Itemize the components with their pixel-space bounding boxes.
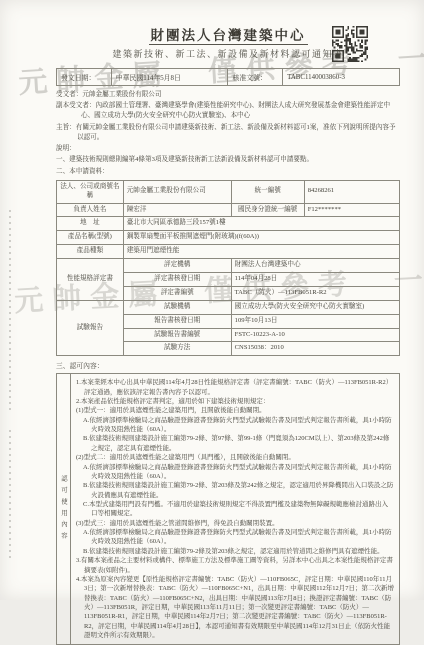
approval-item: A.依經濟部標準檢驗局之商品驗證登錄證書登錄防火門型式試驗報告書及同型式判定報告… xyxy=(76,528,394,547)
recipient-line: 受文者：元帥金屬工業股份有限公司 xyxy=(56,90,400,100)
uniform-no-label: 統一編號 xyxy=(231,180,304,203)
approval-item: B.依建築技術規則建築設計施工編第79-2條、第97條、第99-1條（門寬須為1… xyxy=(76,434,394,453)
approval-item: C.本型式建築用門設有門檻。不適用於建築技術規則規定不得設置門檻及建築物無障礙規… xyxy=(76,500,394,519)
page-title: 財團法人台灣建築中心 xyxy=(56,24,400,44)
application-table: 法人、公司或商號名稱 元帥金屬工業股份有限公司 統一編號 84268261 負責… xyxy=(56,180,400,357)
issue-date-value: 中華民國114年5月8日 xyxy=(111,69,228,86)
test-report-no-label: 試驗報告書編號 xyxy=(123,328,231,342)
test-org-label: 試驗機構 xyxy=(123,300,231,314)
table-row: 地 址 臺北市大同區承德路三段157號1樓 xyxy=(57,217,400,231)
product-name-value: 鋼製單扇雙面平板推開遮煙門(附玻璃)(f(60A)) xyxy=(123,231,399,245)
approval-item: (1)型式一：適用於具遮煙性能之建築用門，且開啟後能自動關閉。 xyxy=(76,406,394,415)
org-name: 財團法人台灣建築中心 xyxy=(149,28,308,45)
subject-line: 主旨：有關元帥金屬工業股份有限公司申請建築新技術、新工法、新設備及新材料認可1案… xyxy=(56,123,400,143)
table-row: 產品名稱(型號) 鋼製單扇雙面平板推開遮煙門(附玻璃)(f(60A)) xyxy=(57,231,400,245)
approval-item: B.依建築技術規則建築設計施工編第79-2條、第203條及第242條之規定，認定… xyxy=(76,481,394,500)
test-method-value: CNS15038：2010 xyxy=(231,342,399,356)
document-subtitle: 建築新技術、新工法、新設備及新材料認可通知書 xyxy=(56,47,400,60)
scan-artifact xyxy=(9,210,11,410)
document-page: 元帥金屬 僅供參考 一 元帥金屬 僅供參考 一 財團法人台灣建築中心 建築新技術… xyxy=(0,0,424,600)
approval-item: 3.有關本案產品之主要材料或構件、標準施工方法及標準施工圖等資料，另詳本中心出具… xyxy=(76,556,394,575)
approval-item: A.依經濟部標準檢驗局之商品驗證登錄證書登錄防火門型式試驗報告書及同型式判定報告… xyxy=(76,463,394,482)
cert-org-label: 評定機構 xyxy=(123,259,231,273)
approval-item: A.依經濟部標準檢驗局之商品驗證登錄證書登錄防火門型式試驗報告書及同型式判定報告… xyxy=(76,416,394,435)
company-value: 元帥金屬工業股份有限公司 xyxy=(123,180,231,203)
cert-no-label: 評定書編號 xyxy=(123,286,231,300)
approval-item: 1.本案業經本中心出具中華民國114年4月28日性能規格評定書（評定書編號：TA… xyxy=(76,378,394,397)
cert-date-value: 114年04月28日 xyxy=(231,272,399,286)
cert-group-label: 性能規格評定書 xyxy=(57,259,124,301)
explain-item-2: 二、本申請資料： xyxy=(56,167,400,177)
approval-content: 1.本案業經本中心出具中華民國114年4月28日性能規格評定書（評定書編號：TA… xyxy=(71,374,399,600)
id-no-value: F12******* xyxy=(304,203,399,217)
cert-org-value: 財團法人台灣建築中心 xyxy=(231,259,399,273)
table-row: 負責人姓名 陳宏洋 國民身分證統一編號 F12******* xyxy=(57,203,400,217)
table-row: 發文日期： 中華民國114年5月8日 核准文號： TABC1140003860-… xyxy=(57,69,400,86)
table-row: 性能規格評定書 評定機構 財團法人台灣建築中心 xyxy=(57,259,400,273)
approval-item: B.依建築技術規則建築設計施工編第79-2條及第203條之規定，認定適用於管道間… xyxy=(76,547,394,556)
test-date-value: 109年10月13日 xyxy=(231,314,399,328)
test-group-label: 試驗報告 xyxy=(57,300,124,356)
uniform-no-value: 84268261 xyxy=(304,180,399,203)
table-row: 產品種類 建築用門遮煙性能 xyxy=(57,245,400,259)
product-type-label: 產品種類 xyxy=(57,245,124,259)
cc-line: 副本受文者：內政部國土管理署、臺灣建築學會(建築性能研究中心)、財團法人成大研究… xyxy=(56,101,400,121)
cert-no-value: TABC（防火）—113FB051R-R2 xyxy=(231,286,399,300)
approval-box: 認可使用內容 1.本案業經本中心出具中華民國114年4月28日性能規格評定書（評… xyxy=(56,373,400,600)
company-label: 法人、公司或商號名稱 xyxy=(57,180,124,203)
section3-title: 三、認可內容： xyxy=(56,360,400,370)
scan-artifact xyxy=(9,430,11,560)
issue-date-label: 發文日期： xyxy=(57,69,112,86)
owner-value: 陳宏洋 xyxy=(123,203,231,217)
id-no-label: 國民身分證統一編號 xyxy=(231,203,304,217)
test-org-value: 國立成功大學(防火安全研究中心防火實驗室) xyxy=(231,300,399,314)
side-label-cell: 認可使用內容 xyxy=(57,374,71,600)
approval-item: (2)型式二：適用於具遮煙性能之建築用門（具門檻），且開啟後能自動關閉。 xyxy=(76,453,394,462)
explain-item-1: 一、建築技術規則總則編第4條第3項及建築新技術新工法新設備及新材料認可申請要點。 xyxy=(56,155,400,165)
side-label: 認可使用內容 xyxy=(59,475,68,543)
letter-body: 受文者：元帥金屬工業股份有限公司 副本受文者：內政部國土管理署、臺灣建築學會(建… xyxy=(56,90,400,177)
approval-no-value: TABC1140003860-3 xyxy=(283,69,400,86)
product-type-value: 建築用門遮煙性能 xyxy=(123,245,399,259)
approval-no-label: 核准文號： xyxy=(228,69,283,86)
explain-label: 說明： xyxy=(56,144,400,154)
address-label: 地 址 xyxy=(57,217,124,231)
owner-label: 負責人姓名 xyxy=(57,203,124,217)
table-row: 法人、公司或商號名稱 元帥金屬工業股份有限公司 統一編號 84268261 xyxy=(57,180,400,203)
meta-table: 發文日期： 中華民國114年5月8日 核准文號： TABC1140003860-… xyxy=(56,68,400,86)
table-row: 試驗報告 試驗機構 國立成功大學(防火安全研究中心防火實驗室) xyxy=(57,300,400,314)
product-name-label: 產品名稱(型號) xyxy=(57,231,124,245)
approval-item: 4.本案為原案內容變更【原性能規格評定書編號：TABC（防火）—110FB065… xyxy=(76,575,394,600)
test-report-no-value: FSTC-10223-A-10 xyxy=(231,328,399,342)
approval-item: (3)型式三：適用於具遮煙性能之管道間維修門，得免設自動關閉裝置。 xyxy=(76,519,394,528)
test-method-label: 試驗方法 xyxy=(123,342,231,356)
cert-date-label: 評定書核發日期 xyxy=(123,272,231,286)
test-date-label: 報告書核發日期 xyxy=(123,314,231,328)
approval-item: 2.本案產品依性能規格評定書判定，適用於如下建築技術規則規定： xyxy=(76,397,394,406)
address-value: 臺北市大同區承德路三段157號1樓 xyxy=(123,217,399,231)
